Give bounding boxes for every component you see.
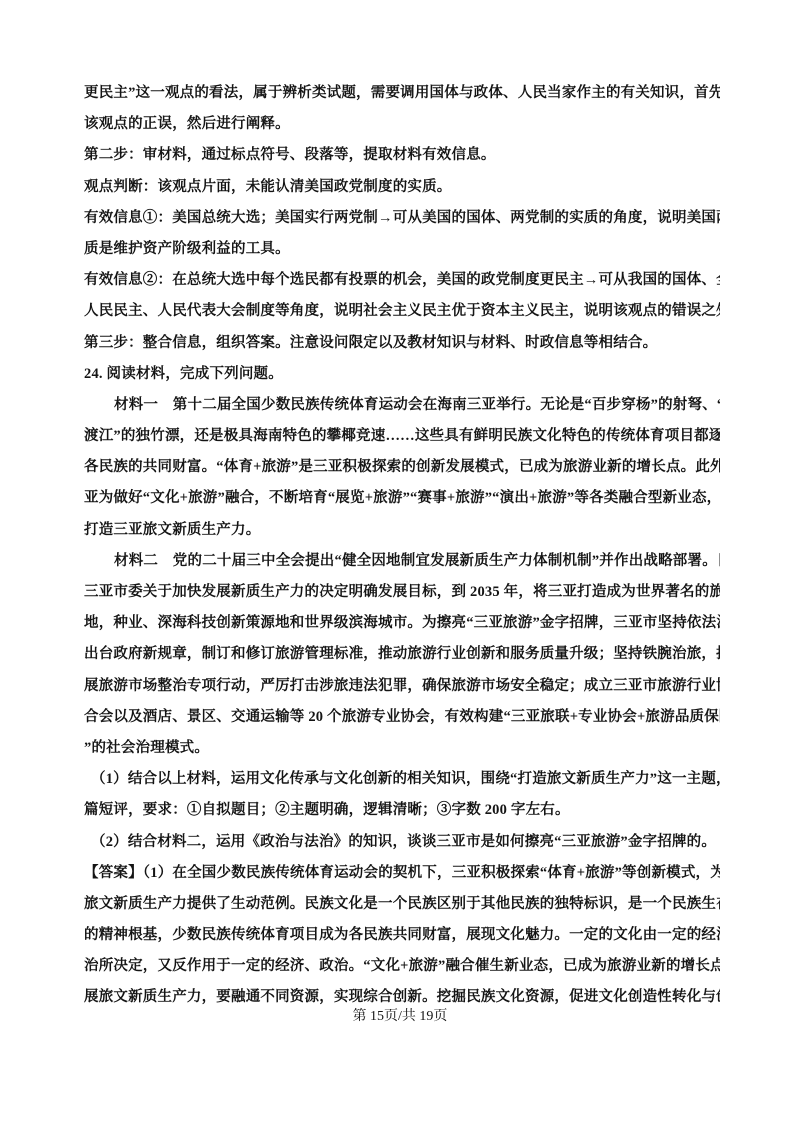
text-line: 出台政府新规章，制订和修订旅游管理标准，推动旅游行业创新和服务质量升级；坚持铁腕… [84, 639, 720, 670]
text-line: 更民主”这一观点的看法，属于辨析类试题，需要调用国体与政体、人民当家作主的有关知… [84, 78, 720, 109]
text-line: 合会以及酒店、景区、交通运输等 20 个旅游专业协会，有效构建“三亚旅联+专业协… [84, 702, 720, 733]
material-one-line: 材料一 第十二届全国少数民族传统体育运动会在海南三亚举行。无论是“百步穿杨”的射… [84, 390, 720, 421]
text-line: 第三步：整合信息，组织答案。注意设问限定以及教材知识与材料、时政信息等相结合。 [84, 328, 720, 359]
text-line: 第二步：审材料，通过标点符号、段落等，提取材料有效信息。 [84, 140, 720, 171]
text-line: 观点判断：该观点片面，未能认清美国政党制度的实质。 [84, 172, 720, 203]
sub-question-1-line: （1）结合以上材料，运用文化传承与文化创新的相关知识，围绕“打造旅文新质生产力”… [84, 764, 720, 795]
sub-question-2-line: （2）结合材料二，运用《政治与法治》的知识，谈谈三亚市是如何擦亮“三亚旅游”金字… [84, 827, 720, 858]
text-line: 篇短评，要求：①自拟题目；②主题明确，逻辑清晰；③字数 200 字左右。 [84, 795, 720, 826]
material-two-line: 材料二 党的二十届三中全会提出“健全因地制宜发展新质生产力体制机制”并作出战略部… [84, 546, 720, 577]
text-line: 渡江”的独竹漂，还是极具海南特色的攀椰竞速……这些具有鲜明民族文化特色的传统体育… [84, 421, 720, 452]
answer-line: 【答案】（1）在全国少数民族传统体育运动会的契机下，三亚积极探索“体育+旅游”等… [84, 858, 720, 889]
text-line: 该观点的正误，然后进行阐释。 [84, 109, 720, 140]
document-page: 更民主”这一观点的看法，属于辨析类试题，需要调用国体与政体、人民当家作主的有关知… [0, 0, 800, 1132]
text-line: ”的社会治理模式。 [84, 733, 720, 764]
text-line: 地，种业、深海科技创新策源地和世界级滨海城市。为擦亮“三亚旅游”金字招牌，三亚市… [84, 608, 720, 639]
text-line: 亚为做好“文化+旅游”融合，不断培育“展览+旅游”“赛事+旅游”“演出+旅游”等… [84, 483, 720, 514]
text-line: 打造三亚旅文新质生产力。 [84, 515, 720, 546]
text-line: 人民民主、人民代表大会制度等角度，说明社会主义民主优于资本主义民主，说明该观点的… [84, 296, 720, 327]
text-line: 有效信息②：在总统大选中每个选民都有投票的机会，美国的政党制度更民主→可从我国的… [84, 265, 720, 296]
page-footer: 第 15页/共 19页 [0, 1005, 800, 1025]
text-line: 有效信息①：美国总统大选；美国实行两党制→可从美国的国体、两党制的实质的角度，说… [84, 203, 720, 234]
text-line: 质是维护资产阶级利益的工具。 [84, 234, 720, 265]
text-line: 三亚市委关于加快发展新质生产力的决定明确发展目标，到 2035 年，将三亚打造成… [84, 577, 720, 608]
text-line: 的精神根基，少数民族传统体育项目成为各民族共同财富，展现文化魅力。一定的文化由一… [84, 920, 720, 951]
text-line: 各民族的共同财富。“体育+旅游”是三亚积极探索的创新发展模式，已成为旅游业新的增… [84, 452, 720, 483]
text-line: 展旅游市场整治专项行动，严厉打击涉旅违法犯罪，确保旅游市场安全稳定；成立三亚市旅… [84, 671, 720, 702]
text-line: 治所决定，又反作用于一定的经济、政治。“文化+旅游”融合催生新业态，已成为旅游业… [84, 951, 720, 982]
question-number-line: 24. 阅读材料，完成下列问题。 [84, 359, 720, 390]
text-line: 旅文新质生产力提供了生动范例。民族文化是一个民族区别于其他民族的独特标识，是一个… [84, 889, 720, 920]
document-body: 更民主”这一观点的看法，属于辨析类试题，需要调用国体与政体、人民当家作主的有关知… [84, 78, 720, 1014]
